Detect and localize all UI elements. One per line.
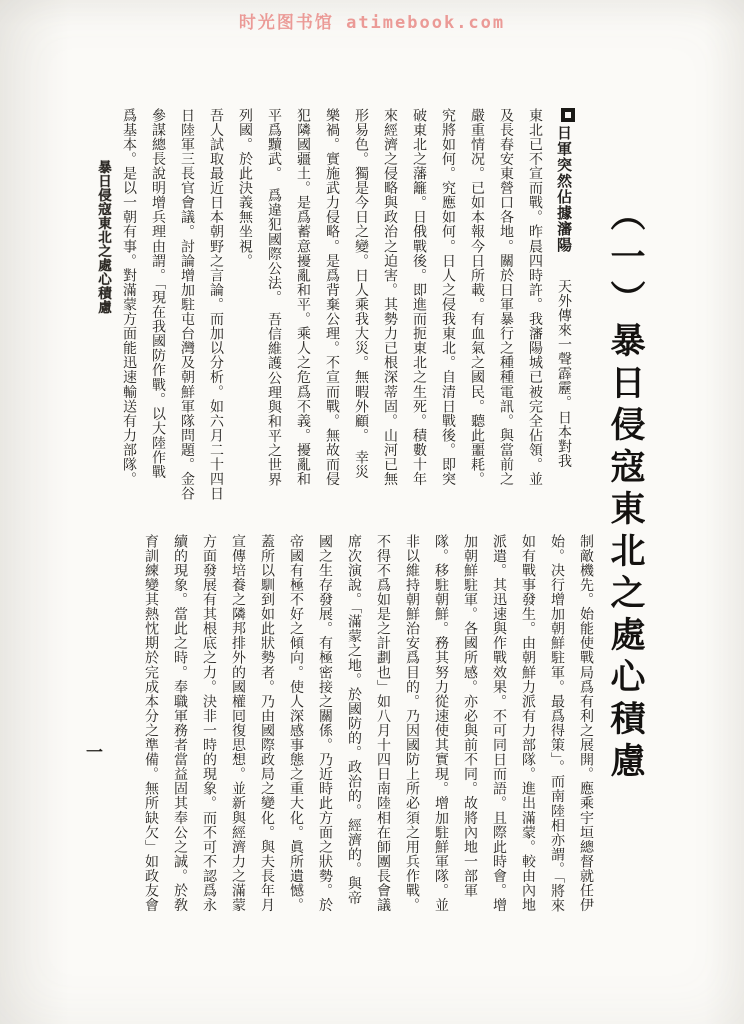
text-column: 犯隣國疆土。是爲蓄意擾亂和平。乘人之危爲不義。擾亂和 xyxy=(288,108,317,510)
text-column: 隊。移駐朝鮮。務其努力從速使其實現。增加駐鮮軍隊。並 xyxy=(426,534,455,964)
opening-text: 天外傳來一聲霹靂。日本對我 xyxy=(556,279,572,468)
running-head: 暴日侵寇東北之處心積慮 xyxy=(94,160,111,314)
text-column: 方面發展有其根底之力。決非一時的現象。而不可不認爲永 xyxy=(194,534,223,964)
text-column: 宣傳培養之隣邦排外的國權囘復思想。並新與經濟力之滿蒙 xyxy=(223,534,252,964)
section-title: （一）暴日侵寇東北之處心積慮 xyxy=(600,196,650,784)
watermark: 时光图书馆 atimebook.com xyxy=(0,8,744,33)
news-headline: 日軍突然佔據瀋陽 xyxy=(555,125,573,253)
square-bullet-icon xyxy=(561,108,575,122)
text-column: 吾人試取最近日本朝野之言論。而加以分析。如六月二十四日 xyxy=(201,108,230,510)
page-number: 一 xyxy=(86,738,103,763)
text-column: 形易色。獨是今日之變。日人乘我大災。無暇外顧。 幸災 xyxy=(346,108,375,510)
text-column: 制敵機先。始能使戰局爲有利之展開。應乘宇垣總督就任伊 xyxy=(571,534,600,964)
text-column: 續的現象。當此之時。奉職軍務者當益固其奉公之誠。於敎 xyxy=(165,534,194,964)
text-column: 東北已不宣而戰。昨晨四時許。我瀋陽城已被完全佔領。並 xyxy=(520,108,549,510)
text-column: 破東北之藩籬。日俄戰後。即進而扼東北之生死。積數十年 xyxy=(404,108,433,510)
text-column: 參謀總長說明增兵理由謂。「現在我國防作戰。以大陸作戰 xyxy=(143,108,172,510)
watermark-text: 时光图书馆 atimebook.com xyxy=(239,13,505,33)
text-column: 列國。於此決義無坐視。 xyxy=(230,108,259,510)
text-column: 及長春安東營口各地。關於日軍暴行之種種電訊。與當前之 xyxy=(491,108,520,510)
text-block-top: 日軍突然佔據瀋陽天外傳來一聲霹靂。日本對我 東北已不宣而戰。昨晨四時許。我瀋陽城… xyxy=(114,108,578,510)
text-column: 蓋所以馴到如此狀勢者。乃由國際政局之變化。與夫長年月 xyxy=(252,534,281,964)
text-column: 究將如何。究應如何。日人之侵我東北。自清日戰後。即突 xyxy=(433,108,462,510)
text-column: 來經濟之侵略與政治之迫害。其勢力已根深蒂固。山河已無 xyxy=(375,108,404,510)
text-column: 不得不爲如是之計劃也」如八月十四日南陸相在師團長會議 xyxy=(368,534,397,964)
text-column: 派遣。其迅速與作戰效果。不可同日而語。且際此時會。增 xyxy=(484,534,513,964)
text-column: 平爲黷武。 爲違犯國際公法。 吾信維護公理與和平之世界 xyxy=(259,108,288,510)
text-column: 始。决行增加朝鮮駐軍。最爲得策」。而南陸相亦謂。「將來 xyxy=(542,534,571,964)
text-column: 樂禍。實施武力侵略。是爲背棄公理。不宣而戰。無故而侵 xyxy=(317,108,346,510)
text-column: 爲基本。是以一朝有事。對滿蒙方面能迅速輸送有力部隊。 xyxy=(114,108,143,510)
text-block-bottom: 制敵機先。始能使戰局爲有利之展開。應乘宇垣總督就任伊始。决行增加朝鮮駐軍。最爲得… xyxy=(136,534,600,964)
scanned-book-page: 时光图书馆 atimebook.com （一）暴日侵寇東北之處心積慮 日軍突然佔… xyxy=(0,0,744,1024)
text-column: 帝國有極不好之傾向。使人深感事態之重大化。眞所遺憾。 xyxy=(281,534,310,964)
text-column: 如有戰事發生。由朝鮮力派有力部隊。進出滿蒙。較由內地 xyxy=(513,534,542,964)
text-column: 席次演說。「滿蒙之地。於國防的。政治的。經濟的。與帝 xyxy=(339,534,368,964)
text-column: 國之生存發展。有極密接之關係。乃近時此方面之狀勢。於 xyxy=(310,534,339,964)
text-column: 日陸軍三長官會議。討論增加駐屯台灣及朝鮮軍隊問題。金谷 xyxy=(172,108,201,510)
text-column: 加朝鮮駐軍。各國所感。亦必與前不同。故將內地一部軍 xyxy=(455,534,484,964)
text-column: 非以維持朝鮮治安爲目的。乃因國防上所必須之用兵作戰。 xyxy=(397,534,426,964)
opening-column: 日軍突然佔據瀋陽天外傳來一聲霹靂。日本對我 xyxy=(549,108,578,510)
text-column: 嚴重情况。已如本報今日所載。有血氣之國民。聽此噩耗。 xyxy=(462,108,491,510)
text-column: 育訓練變其熱忱期於完成本分之準備。無所缺欠」如政友會 xyxy=(136,534,165,964)
